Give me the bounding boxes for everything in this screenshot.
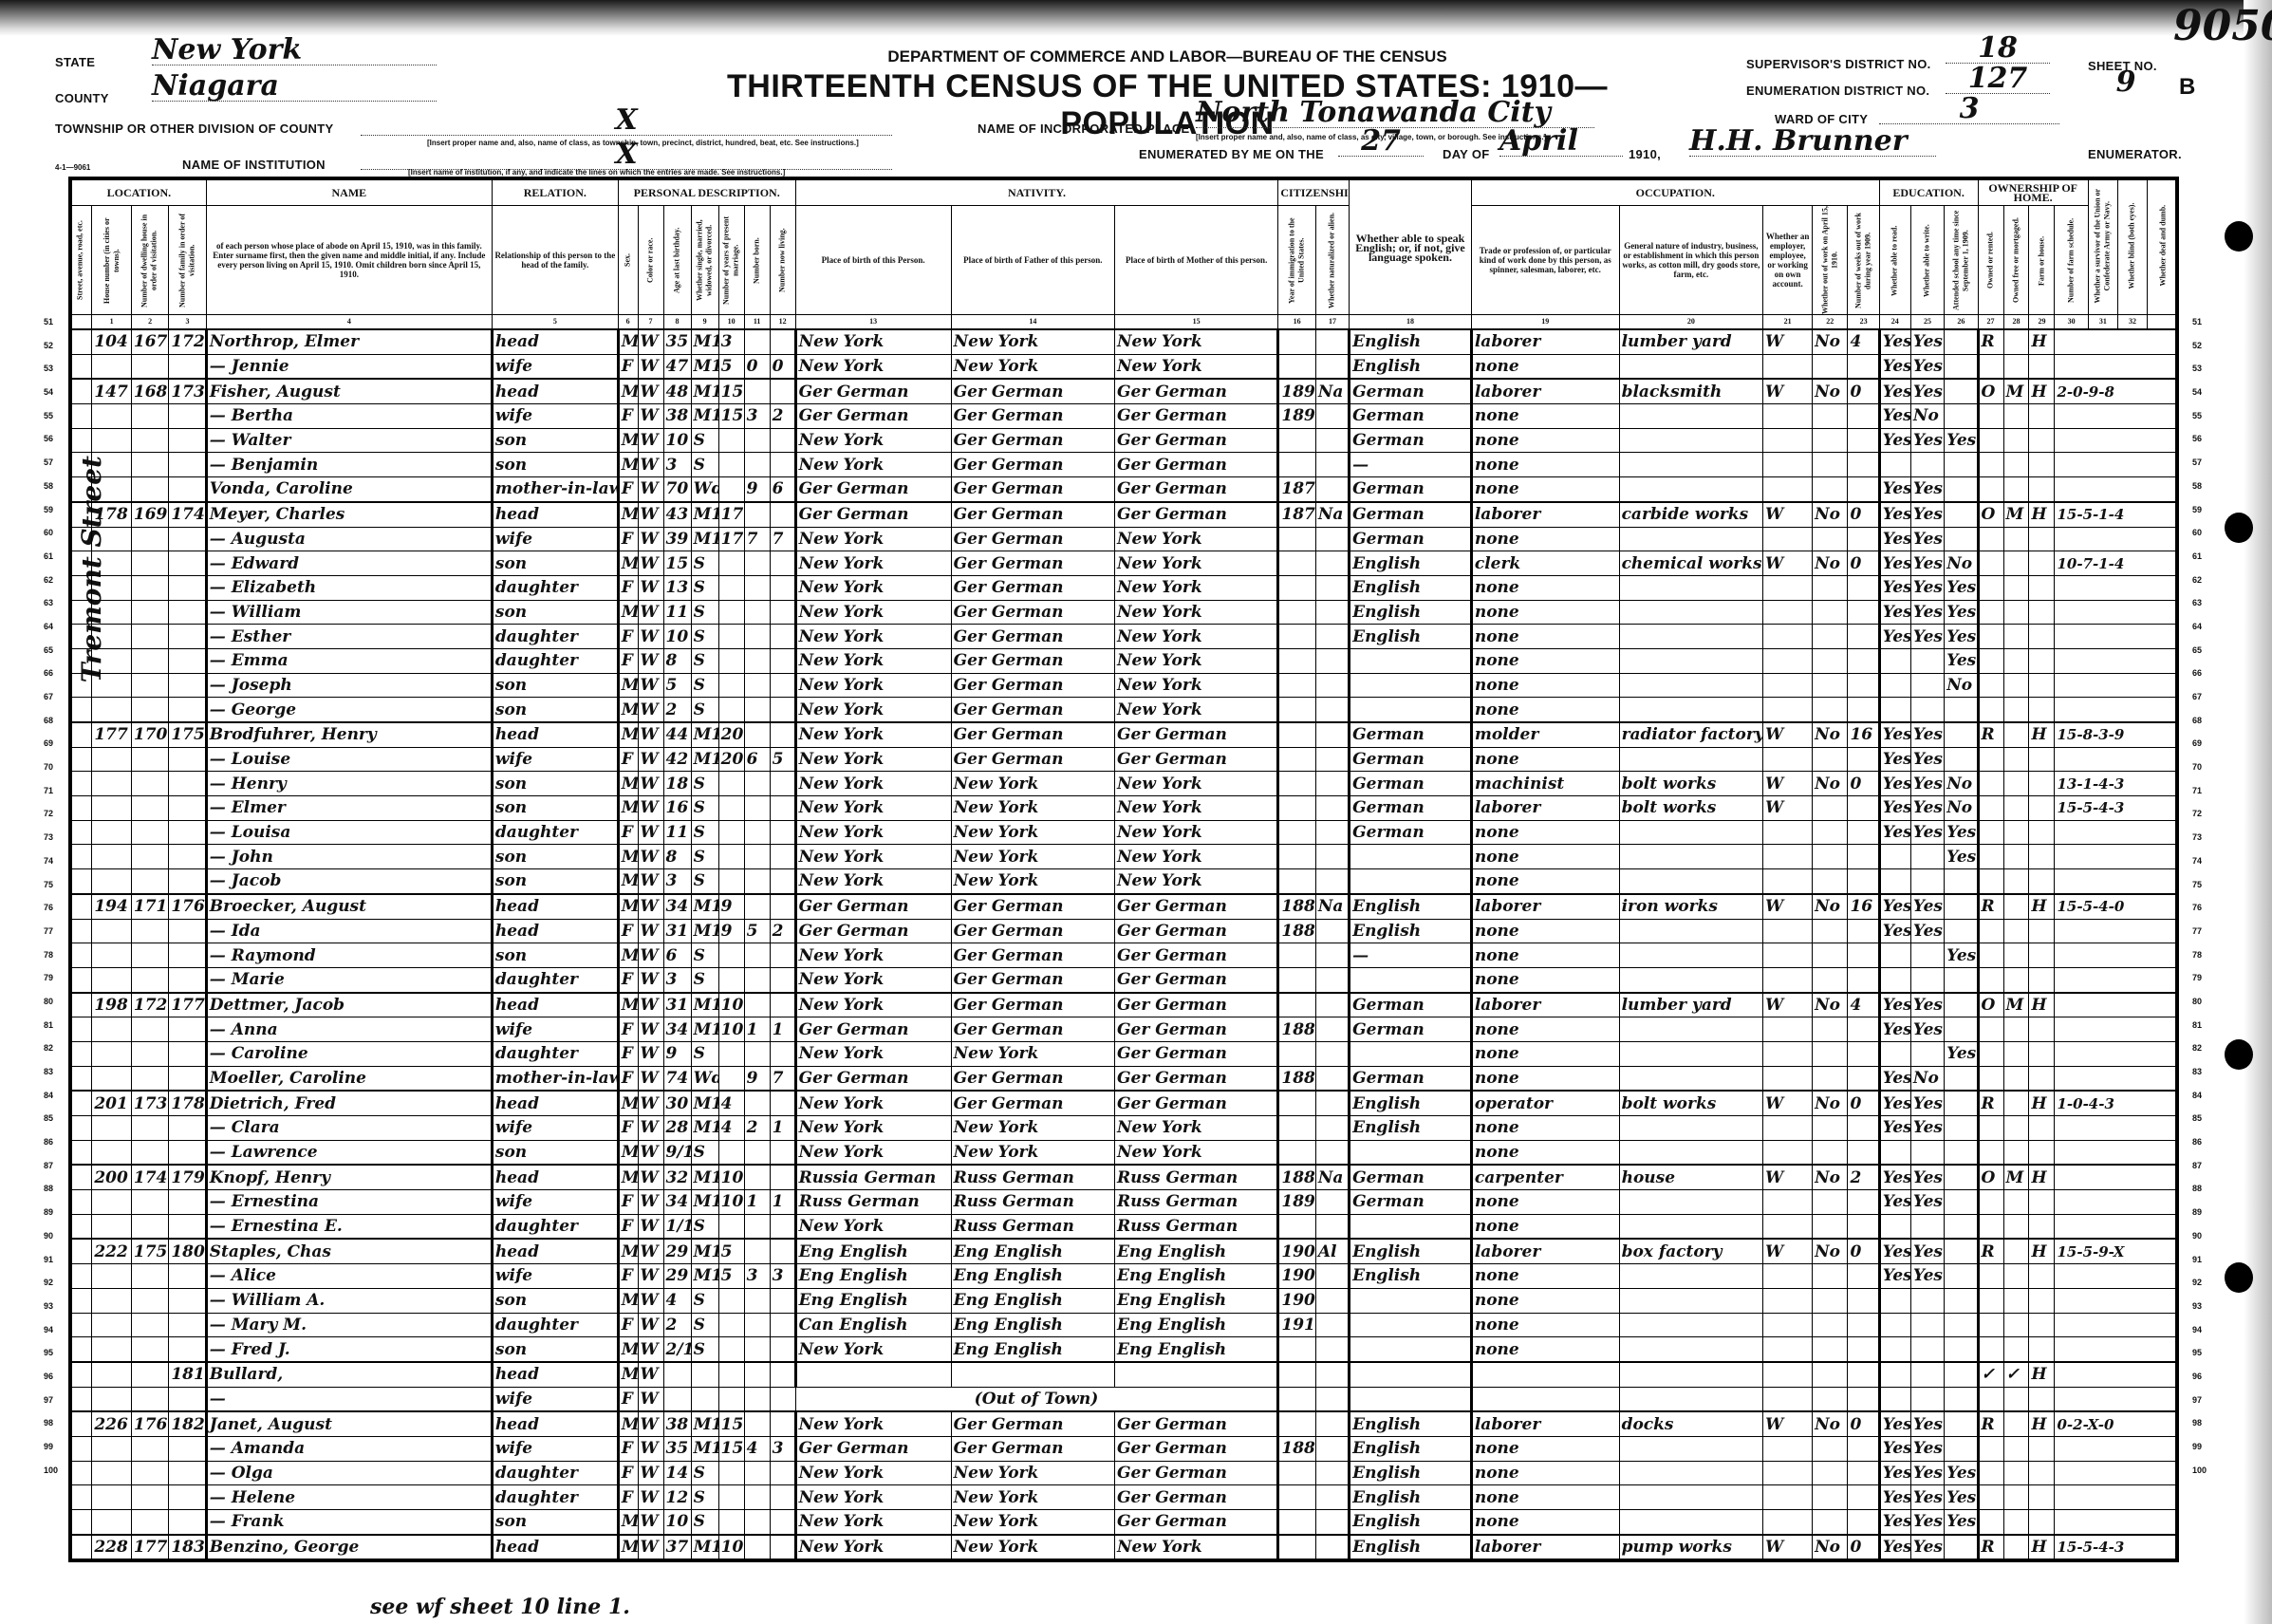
cell-rel: head (492, 993, 618, 1017)
cell-rel: son (492, 845, 618, 869)
line-number: 81 (2192, 1014, 2221, 1037)
cell-cl (770, 1485, 795, 1510)
column-number: 23 (1848, 315, 1879, 330)
cell-eng: English (1350, 1510, 1472, 1535)
cell-sch (1945, 747, 1978, 772)
cell-fbp: New York (951, 1041, 1114, 1066)
enumerator-name: H.H. Brunner (1689, 127, 1936, 157)
cell-cb (744, 1313, 770, 1337)
cell-fs (2055, 673, 2177, 698)
line-number: 94 (44, 1318, 66, 1342)
cell-own (1978, 1485, 2003, 1510)
cell-ms: S (691, 967, 718, 992)
cell-wks: 2 (1848, 1165, 1879, 1189)
cell-dw (131, 1313, 168, 1337)
cell-rd (1879, 1362, 1910, 1387)
line-number: 83 (2192, 1060, 2221, 1084)
cell-rel: son (492, 428, 618, 453)
cell-dw (131, 772, 168, 796)
cell-own (1978, 575, 2003, 600)
cell-race: W (638, 1214, 663, 1239)
cell-sex: F (618, 1436, 638, 1461)
cell-imm (1278, 625, 1315, 649)
cell-name: — Olga (206, 1461, 492, 1485)
cell-wr (1910, 1214, 1944, 1239)
line-number: 84 (2192, 1084, 2221, 1108)
cell-emp: W (1763, 722, 1813, 747)
cell-sch (1945, 1313, 1978, 1337)
cell-oow: No (1813, 1091, 1848, 1115)
cell-wks (1848, 673, 1879, 698)
cell-fam (169, 1116, 206, 1141)
cell-rd: Yes (1879, 919, 1910, 943)
cell-fam (169, 1313, 206, 1337)
cell-wks (1848, 1337, 1879, 1362)
cell-trade: none (1471, 453, 1619, 477)
cell-fam (169, 796, 206, 821)
cell-wks (1848, 1140, 1879, 1165)
cell-trade: none (1471, 625, 1619, 649)
cell-ym (718, 428, 744, 453)
cell-ind (1619, 1337, 1763, 1362)
cell-own (1978, 527, 2003, 551)
cell-oow (1813, 648, 1848, 673)
cell-fam (169, 648, 206, 673)
cell-mort: M (2003, 502, 2029, 527)
cell-fs (2055, 1140, 2177, 1165)
cell-sex: F (618, 1066, 638, 1091)
cell-eng (1350, 698, 1472, 722)
supervisor-district-label: Supervisor's District No. (1746, 57, 1931, 71)
cell-bp: New York (795, 575, 951, 600)
cell-sch (1945, 329, 1978, 354)
cell-mbp: Eng English (1114, 1313, 1277, 1337)
cell-eng: German (1350, 428, 1472, 453)
cell-house (92, 1140, 132, 1165)
cell-eng: English (1350, 551, 1472, 576)
cell-ms: M1 (691, 722, 718, 747)
column-number: 4 (206, 315, 492, 330)
cell-rel: son (492, 869, 618, 894)
line-number: 79 (2192, 966, 2221, 990)
cell-ym (718, 1337, 744, 1362)
line-number: 62 (44, 569, 66, 592)
cell-cb (744, 329, 770, 354)
cell-imm (1278, 869, 1315, 894)
cell-bp: New York (795, 1041, 951, 1066)
cell-dw (131, 967, 168, 992)
cell-name: — John (206, 845, 492, 869)
cell-fh (2029, 1436, 2055, 1461)
cell-emp: W (1763, 1535, 1813, 1561)
cell-ms: S (691, 600, 718, 625)
line-number: 90 (44, 1224, 66, 1248)
cell-wks: 0 (1848, 1411, 1879, 1436)
cell-age: 11 (663, 600, 691, 625)
cell-emp (1763, 1313, 1813, 1337)
column-number: 14 (951, 315, 1114, 330)
cell-cb (744, 673, 770, 698)
cell-sch (1945, 1140, 1978, 1165)
cell-ms: M1 (691, 1535, 718, 1561)
cell-fh (2029, 1264, 2055, 1289)
cell-rd: Yes (1879, 354, 1910, 379)
cell-dw (131, 354, 168, 379)
census-row: Moeller, Carolinemother-in-lawFW74Wd97Ge… (70, 1066, 2177, 1091)
cell-ym (718, 648, 744, 673)
cell-imm (1278, 698, 1315, 722)
header-blind: Whether blind (both eyes). (2117, 178, 2147, 315)
cell-oow (1813, 796, 1848, 821)
cell-own (1978, 698, 2003, 722)
column-number: 25 (1910, 315, 1944, 330)
cell-house (92, 869, 132, 894)
cell-trade: none (1471, 1066, 1619, 1091)
cell-fh (2029, 845, 2055, 869)
cell-rd: Yes (1879, 477, 1910, 502)
cell-eng: English (1350, 1264, 1472, 1289)
column-number: 22 (1813, 315, 1848, 330)
cell-fh: H (2029, 329, 2055, 354)
cell-street (70, 1140, 92, 1165)
cell-mort (2003, 1510, 2029, 1535)
cell-fs (2055, 1190, 2177, 1215)
cell-oow: No (1813, 329, 1848, 354)
cell-eng: German (1350, 796, 1472, 821)
cell-rel: wife (492, 1190, 618, 1215)
group-location: LOCATION. (70, 178, 206, 206)
cell-oow (1813, 527, 1848, 551)
cell-mort (2003, 820, 2029, 845)
cell-ms: M1 (691, 1264, 718, 1289)
cell-mbp: Ger German (1114, 379, 1277, 403)
cell-cb (744, 648, 770, 673)
cell-bp: New York (795, 673, 951, 698)
cell-street (70, 772, 92, 796)
cell-wks: 0 (1848, 1239, 1879, 1263)
scan-edge-shading (0, 0, 2272, 36)
column-number: 7 (638, 315, 663, 330)
cell-dw (131, 1017, 168, 1042)
cell-ind (1619, 453, 1763, 477)
cell-age: 70 (663, 477, 691, 502)
cell-dw (131, 1066, 168, 1091)
cell-bp: New York (795, 428, 951, 453)
header-weeks-out: Number of weeks out of work during year … (1848, 206, 1879, 315)
cell-emp (1763, 747, 1813, 772)
cell-oow: No (1813, 551, 1848, 576)
cell-sex: F (618, 1264, 638, 1289)
cell-mort (2003, 919, 2029, 943)
cell-sch (1945, 967, 1978, 992)
cell-bp: New York (795, 354, 951, 379)
cell-age: 43 (663, 502, 691, 527)
cell-cl (770, 698, 795, 722)
cell-house: 201 (92, 1091, 132, 1115)
cell-rd (1879, 1313, 1910, 1337)
cell-rd: Yes (1879, 625, 1910, 649)
cell-age: 9/12 (663, 1140, 691, 1165)
cell-wr: Yes (1910, 919, 1944, 943)
cell-rd: Yes (1879, 993, 1910, 1017)
cell-age: 35 (663, 329, 691, 354)
cell-dw (131, 1510, 168, 1535)
cell-wks (1848, 1436, 1879, 1461)
cell-race: W (638, 993, 663, 1017)
cell-fs (2055, 1214, 2177, 1239)
cell-bp: New York (795, 329, 951, 354)
cell-cb (744, 1288, 770, 1313)
cell-dw (131, 943, 168, 968)
cell-imm (1278, 943, 1315, 968)
line-number: 75 (2192, 873, 2221, 897)
cell-sch (1945, 919, 1978, 943)
cell-house: 200 (92, 1165, 132, 1189)
cell-sex: F (618, 404, 638, 429)
cell-nat (1315, 1436, 1349, 1461)
cell-street (70, 1510, 92, 1535)
cell-fbp: Eng English (951, 1239, 1114, 1263)
cell-mort (2003, 869, 2029, 894)
cell-fs (2055, 404, 2177, 429)
cell-fam (169, 1510, 206, 1535)
cell-rd: Yes (1879, 1411, 1910, 1436)
header-industry: General nature of industry, business, or… (1619, 206, 1763, 315)
cell-house (92, 453, 132, 477)
cell-cb: 7 (744, 527, 770, 551)
line-number: 53 (44, 357, 66, 381)
cell-bp: New York (795, 1485, 951, 1510)
cell-race: W (638, 1362, 663, 1387)
cell-mort (2003, 1017, 2029, 1042)
cell-emp (1763, 575, 1813, 600)
cell-ym (718, 943, 744, 968)
cell-own (1978, 747, 2003, 772)
line-number: 85 (44, 1107, 66, 1130)
cell-emp: W (1763, 772, 1813, 796)
county-label: County (55, 91, 109, 105)
cell-house (92, 1436, 132, 1461)
cell-imm (1278, 1214, 1315, 1239)
cell-own: R (1978, 1091, 2003, 1115)
cell-fam (169, 1214, 206, 1239)
cell-fbp: New York (951, 1140, 1114, 1165)
cell-street (70, 1461, 92, 1485)
cell-oow (1813, 1140, 1848, 1165)
cell-cb (744, 1387, 770, 1411)
cell-imm (1278, 600, 1315, 625)
cell-trade: none (1471, 845, 1619, 869)
cell-wks (1848, 1190, 1879, 1215)
cell-trade: none (1471, 943, 1619, 968)
institution-instructions: [Insert name of institution, if any, and… (408, 168, 785, 177)
cell-house (92, 1337, 132, 1362)
cell-ind: iron works (1619, 894, 1763, 919)
cell-fh (2029, 869, 2055, 894)
cell-rd (1879, 1214, 1910, 1239)
cell-name: — Ernestina (206, 1190, 492, 1215)
cell-bp: New York (795, 551, 951, 576)
line-number: 86 (2192, 1130, 2221, 1154)
cell-cb (744, 1461, 770, 1485)
cell-street (70, 967, 92, 992)
cell-age: 38 (663, 404, 691, 429)
cell-fbp: New York (951, 1116, 1114, 1141)
cell-ms: M1 (691, 1239, 718, 1263)
cell-cl (770, 648, 795, 673)
cell-fh: H (2029, 1091, 2055, 1115)
census-row: 201173178Dietrich, FredheadMW30M14New Yo… (70, 1091, 2177, 1115)
census-row: — ElizabethdaughterFW13SNew YorkGer Germ… (70, 575, 2177, 600)
cell-ind: bolt works (1619, 1091, 1763, 1115)
cell-eng: English (1350, 1116, 1472, 1141)
cell-wr (1910, 1288, 1944, 1313)
cell-trade: clerk (1471, 551, 1619, 576)
cell-street (70, 329, 92, 354)
cell-dw: 171 (131, 894, 168, 919)
line-number: 55 (2192, 404, 2221, 428)
cell-fbp: New York (951, 329, 1114, 354)
cell-mort (2003, 943, 2029, 968)
cell-emp (1763, 1436, 1813, 1461)
cell-rel: head (492, 722, 618, 747)
cell-oow: No (1813, 1239, 1848, 1263)
cell-emp: W (1763, 1239, 1813, 1263)
cell-cl (770, 1140, 795, 1165)
cell-ind: docks (1619, 1411, 1763, 1436)
enumeration-month: April (1499, 127, 1623, 157)
cell-fh: H (2029, 894, 2055, 919)
cell-fbp: Ger German (951, 698, 1114, 722)
cell-sch (1945, 1239, 1978, 1263)
cell-race: W (638, 527, 663, 551)
cell-mbp: Ger German (1114, 1485, 1277, 1510)
cell-mbp: Eng English (1114, 1288, 1277, 1313)
cell-cb (744, 772, 770, 796)
cell-mort (2003, 453, 2029, 477)
cell-cb (744, 1091, 770, 1115)
cell-age: 3 (663, 967, 691, 992)
cell-wks (1848, 600, 1879, 625)
cell-own (1978, 1041, 2003, 1066)
cell-bp: Ger German (795, 1066, 951, 1091)
cell-wks (1848, 1313, 1879, 1337)
cell-ind (1619, 919, 1763, 943)
cell-sex: M (618, 1362, 638, 1387)
cell-dw: 174 (131, 1165, 168, 1189)
line-number: 73 (2192, 826, 2221, 849)
cell-fh: H (2029, 722, 2055, 747)
line-number: 77 (44, 920, 66, 943)
cell-wks: 0 (1848, 1091, 1879, 1115)
cell-own (1978, 845, 2003, 869)
line-number: 63 (44, 591, 66, 615)
group-name: NAME (206, 178, 492, 206)
census-row: 222175180Staples, ChasheadMW29M15Eng Eng… (70, 1239, 2177, 1263)
cell-emp (1763, 1041, 1813, 1066)
cell-street (70, 1387, 92, 1411)
cell-wks (1848, 575, 1879, 600)
cell-emp (1763, 1485, 1813, 1510)
cell-name: Vonda, Caroline (206, 477, 492, 502)
census-row: — AmandawifeFW35M11543Ger GermanGer Germ… (70, 1436, 2177, 1461)
cell-wks (1848, 967, 1879, 992)
cell-trade: none (1471, 648, 1619, 673)
cell-dw (131, 747, 168, 772)
cell-trade: none (1471, 919, 1619, 943)
cell-ms: S (691, 1461, 718, 1485)
cell-oow (1813, 1485, 1848, 1510)
cell-fh (2029, 1387, 2055, 1411)
cell-rel: head (492, 1362, 618, 1387)
cell-name: — Emma (206, 648, 492, 673)
line-number: 63 (2192, 591, 2221, 615)
cell-eng: German (1350, 722, 1472, 747)
cell-mort (2003, 698, 2029, 722)
line-number: 66 (2192, 662, 2221, 685)
cell-trade: none (1471, 1140, 1619, 1165)
census-row: — BenjaminsonMW3SNew YorkGer GermanGer G… (70, 453, 2177, 477)
cell-imm: 1896 (1278, 379, 1315, 403)
cell-imm (1278, 329, 1315, 354)
cell-trade: laborer (1471, 894, 1619, 919)
cell-fam (169, 1017, 206, 1042)
cell-trade: none (1471, 1436, 1619, 1461)
cell-wr (1910, 1313, 1944, 1337)
cell-mort (2003, 1387, 2029, 1411)
cell-rd (1879, 1337, 1910, 1362)
cell-street (70, 1313, 92, 1337)
cell-rd (1879, 869, 1910, 894)
cell-oow (1813, 575, 1848, 600)
cell-fs (2055, 1485, 2177, 1510)
cell-rel: daughter (492, 648, 618, 673)
cell-emp: W (1763, 379, 1813, 403)
enumerator-label: Enumerator. (2088, 147, 2182, 161)
cell-fam (169, 1436, 206, 1461)
cell-race: W (638, 1116, 663, 1141)
cell-wks: 4 (1848, 329, 1879, 354)
line-number: 51 (44, 310, 66, 334)
cell-bp: New York (795, 1411, 951, 1436)
cell-mort (2003, 845, 2029, 869)
cell-rel: wife (492, 1436, 618, 1461)
cell-mbp: New York (1114, 575, 1277, 600)
cell-emp (1763, 527, 1813, 551)
cell-rd: Yes (1879, 1436, 1910, 1461)
cell-nat (1315, 1362, 1349, 1387)
cell-mbp: New York (1114, 845, 1277, 869)
cell-nat (1315, 428, 1349, 453)
cell-house (92, 943, 132, 968)
cell-oow: No (1813, 1165, 1848, 1189)
cell-age: 31 (663, 993, 691, 1017)
cell-mort (2003, 1411, 2029, 1436)
cell-fh: H (2029, 379, 2055, 403)
cell-dw (131, 600, 168, 625)
cell-house (92, 796, 132, 821)
line-number: 79 (44, 966, 66, 990)
cell-dw (131, 551, 168, 576)
cell-wr: Yes (1910, 600, 1944, 625)
cell-rd: Yes (1879, 1066, 1910, 1091)
cell-ym: 5 (718, 1264, 744, 1289)
cell-cb: 6 (744, 747, 770, 772)
cell-house (92, 428, 132, 453)
cell-rd (1879, 1140, 1910, 1165)
census-row: — WilliamsonMW11SNew YorkGer GermanNew Y… (70, 600, 2177, 625)
cell-name: — Ida (206, 919, 492, 943)
